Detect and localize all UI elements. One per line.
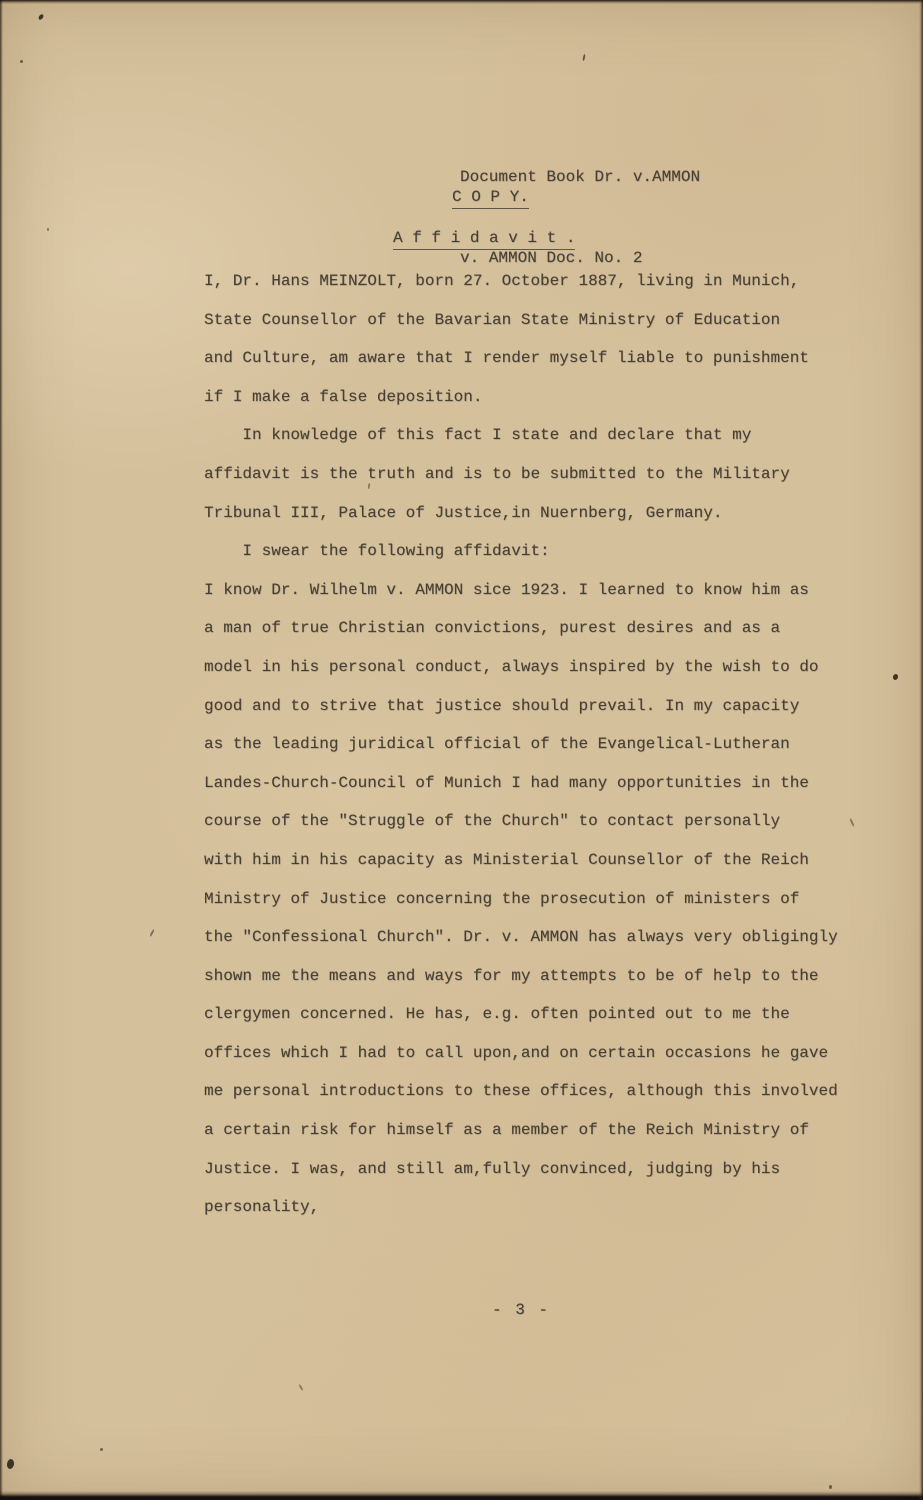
typewritten-line: I know Dr. Wilhelm v. AMMON sice 1923. I…	[204, 580, 864, 619]
scan-edge-right	[919, 0, 923, 1500]
typewritten-line: Tribunal III, Palace of Justice,in Nuern…	[204, 503, 864, 542]
typewritten-line: as the leading juridical official of the…	[204, 734, 864, 773]
paper-speck	[47, 228, 49, 231]
scan-edge-left	[0, 0, 3, 1500]
typewritten-line: model in his personal conduct, always in…	[204, 657, 864, 696]
paper-speck	[20, 60, 23, 63]
typewritten-line: offices which I had to call upon,and on …	[204, 1043, 864, 1082]
typewritten-line: a man of true Christian convictions, pur…	[204, 618, 864, 657]
scan-edge-top	[0, 0, 923, 4]
paper-speck	[298, 1384, 303, 1391]
scan-edge-bottom	[0, 1491, 923, 1500]
document-book-reference: Document Book Dr. v.AMMON	[460, 164, 700, 191]
scanned-document-page: Document Book Dr. v.AMMON v. AMMON Doc. …	[0, 0, 923, 1500]
typewritten-line: course of the "Struggle of the Church" t…	[204, 811, 864, 850]
typewritten-line: a certain risk for himself as a member o…	[204, 1120, 864, 1159]
paper-speck	[149, 929, 155, 937]
paper-speck	[829, 1485, 832, 1489]
typewritten-line: good and to strive that justice should p…	[204, 696, 864, 735]
affidavit-body: I, Dr. Hans MEINZOLT, born 27. October 1…	[204, 271, 864, 1236]
paper-speck	[6, 1458, 15, 1469]
affidavit-heading: A f f i d a v i t .	[393, 229, 575, 250]
typewritten-line: State Counsellor of the Bavarian State M…	[204, 310, 864, 349]
typewritten-line: affidavit is the truth and is to be subm…	[204, 464, 864, 503]
paper-speck	[100, 1448, 103, 1451]
typewritten-line: clergymen concerned. He has, e.g. often …	[204, 1004, 864, 1043]
copy-heading: C O P Y.	[452, 188, 529, 209]
typewritten-line: Ministry of Justice concerning the prose…	[204, 889, 864, 928]
typewritten-line: Justice. I was, and still am,fully convi…	[204, 1159, 864, 1198]
typewritten-line: with him in his capacity as Ministerial …	[204, 850, 864, 889]
typewritten-line: and Culture, am aware that I render myse…	[204, 348, 864, 387]
typewritten-line: if I make a false deposition.	[204, 387, 864, 426]
typewritten-line: I swear the following affidavit:	[204, 541, 864, 580]
typewritten-line: I, Dr. Hans MEINZOLT, born 27. October 1…	[204, 271, 864, 310]
paper-speck	[892, 673, 899, 680]
typewritten-line: personality,	[204, 1197, 864, 1236]
page-number: - 3 -	[492, 1300, 550, 1320]
typewritten-line: Landes-Church-Council of Munich I had ma…	[204, 773, 864, 812]
paper-speck	[582, 54, 585, 61]
typewritten-line: shown me the means and ways for my attem…	[204, 966, 864, 1005]
paper-speck	[38, 13, 45, 20]
typewritten-line: In knowledge of this fact I state and de…	[204, 425, 864, 464]
typewritten-line: the "Confessional Church". Dr. v. AMMON …	[204, 927, 864, 966]
typewritten-line: me personal introductions to these offic…	[204, 1081, 864, 1120]
